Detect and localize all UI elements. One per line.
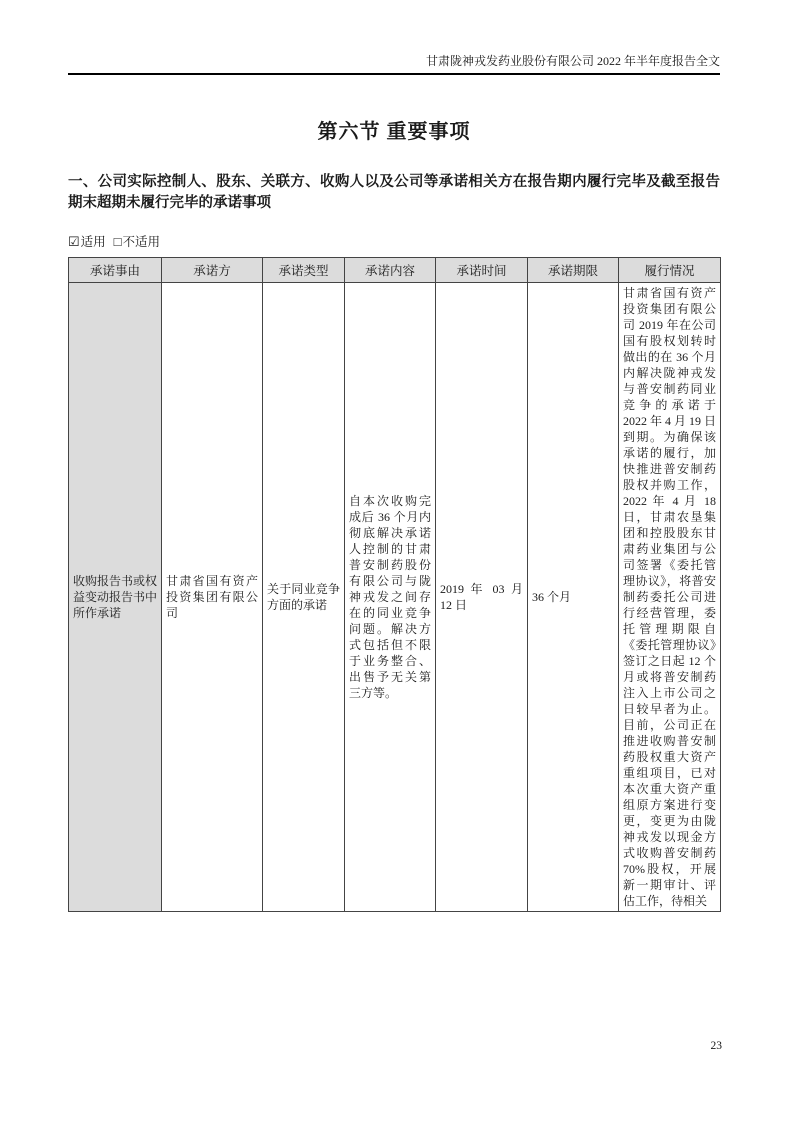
section-heading: 一、公司实际控制人、股东、关联方、收购人以及公司等承诺相关方在报告期内履行完毕及… — [68, 172, 720, 214]
table-row: 收购报告书或权益变动报告书中所作承诺 甘肃省国有资产投资集团有限公司 关于同业竞… — [69, 283, 721, 912]
cell-commitment-cause: 收购报告书或权益变动报告书中所作承诺 — [69, 283, 162, 912]
cell-commitment-duration: 36 个月 — [528, 283, 619, 912]
cell-commitment-party: 甘肃省国有资产投资集团有限公司 — [162, 283, 263, 912]
cell-commitment-type: 关于同业竞争方面的承诺 — [263, 283, 345, 912]
column-header-cause: 承诺事由 — [69, 258, 162, 283]
cell-commitment-content: 自本次收购完成后 36 个月内彻底解决承诺人控制的甘肃普安制药股份有限公司与陇神… — [345, 283, 436, 912]
column-header-content: 承诺内容 — [345, 258, 436, 283]
page-number: 23 — [711, 1040, 723, 1052]
page-title: 第六节 重要事项 — [68, 115, 720, 144]
column-header-duration: 承诺期限 — [528, 258, 619, 283]
not-applicable-checkbox-empty-icon: □ — [114, 234, 122, 249]
not-applicable-label: 不适用 — [123, 235, 161, 249]
applicability-row: ☑适用□不适用 — [68, 234, 720, 250]
document-header: 甘肃陇神戎发药业股份有限公司 2022 年半年度报告全文 — [68, 0, 720, 75]
commitments-table: 承诺事由 承诺方 承诺类型 承诺内容 承诺时间 承诺期限 履行情况 收购报告书或… — [68, 257, 721, 912]
applicable-label: 适用 — [81, 235, 106, 249]
table-header-row: 承诺事由 承诺方 承诺类型 承诺内容 承诺时间 承诺期限 履行情况 — [69, 258, 721, 283]
document-header-text: 甘肃陇神戎发药业股份有限公司 2022 年半年度报告全文 — [426, 54, 720, 68]
report-page: 甘肃陇神戎发药业股份有限公司 2022 年半年度报告全文 第六节 重要事项 一、… — [0, 0, 793, 1122]
cell-commitment-time: 2019 年 03 月 12 日 — [436, 283, 528, 912]
column-header-time: 承诺时间 — [436, 258, 528, 283]
column-header-party: 承诺方 — [162, 258, 263, 283]
column-header-performance: 履行情况 — [619, 258, 721, 283]
applicable-checkbox-checked-icon: ☑ — [68, 234, 80, 249]
cell-commitment-performance: 甘肃省国有资产投资集团有限公司 2019 年在公司国有股权划转时做出的在 36 … — [619, 283, 721, 912]
column-header-type: 承诺类型 — [263, 258, 345, 283]
page-content: 甘肃陇神戎发药业股份有限公司 2022 年半年度报告全文 第六节 重要事项 一、… — [68, 0, 720, 912]
